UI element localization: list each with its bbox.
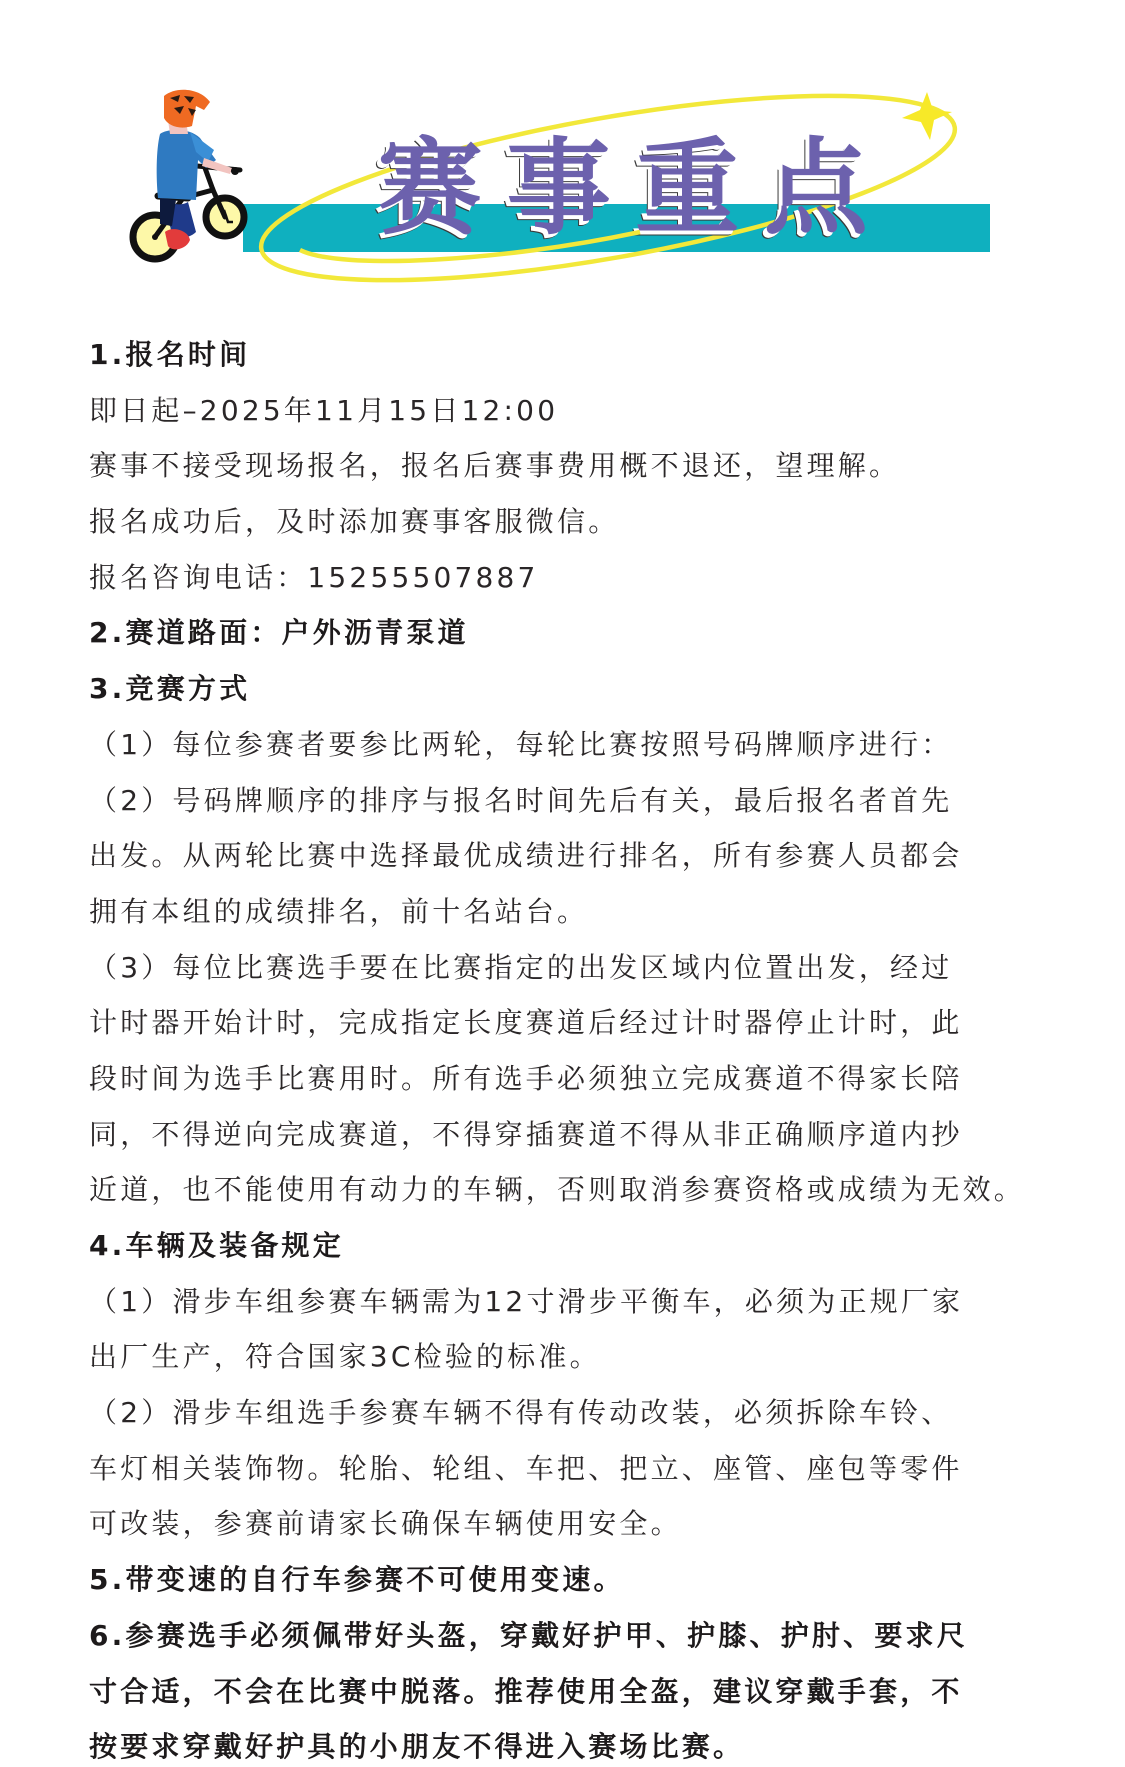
rule-line: 车灯相关装饰物。轮胎、轮组、车把、把立、座管、座包等零件: [89, 1441, 1089, 1497]
rule-line: （1）每位参赛者要参比两轮，每轮比赛按照号码牌顺序进行：: [89, 717, 1089, 773]
rule-line: （1）滑步车组参赛车辆需为12寸滑步平衡车，必须为正规厂家: [89, 1274, 1089, 1330]
rule-line: 出厂生产，符合国家3C检验的标准。: [89, 1329, 1089, 1385]
section-heading-protective-gear: 6.参赛选手必须佩带好头盔，穿戴好护甲、护膝、护肘、要求尺: [89, 1608, 1089, 1664]
rule-line: （2）滑步车组选手参赛车辆不得有传动改装，必须拆除车铃、: [89, 1385, 1089, 1441]
rule-line: 可改装，参赛前请家长确保车辆使用安全。: [89, 1496, 1089, 1552]
rule-line: （3）每位比赛选手要在比赛指定的出发区域内位置出发，经过: [89, 940, 1089, 996]
rule-line: 出发。从两轮比赛中选择最优成绩进行排名，所有参赛人员都会: [89, 828, 1089, 884]
rule-line: 按要求穿戴好护具的小朋友不得进入赛场比赛。: [89, 1719, 1089, 1767]
rule-line: （2）号码牌顺序的排序与报名时间先后有关，最后报名者首先: [89, 773, 1089, 829]
rule-line: 段时间为选手比赛用时。所有选手必须独立完成赛道不得家长陪: [89, 1051, 1089, 1107]
registration-note: 赛事不接受现场报名，报名后赛事费用概不退还，望理解。: [89, 438, 1089, 494]
rule-line: 计时器开始计时，完成指定长度赛道后经过计时器停止计时，此: [89, 995, 1089, 1051]
section-heading-track-surface: 2.赛道路面：户外沥青泵道: [89, 605, 1089, 661]
registration-phone: 报名咨询电话：15255507887: [89, 550, 1089, 606]
rule-line: 寸合适，不会在比赛中脱落。推荐使用全盔，建议穿戴手套，不: [89, 1664, 1089, 1720]
section-heading-vehicle-equipment: 4.车辆及装备规定: [89, 1218, 1089, 1274]
registration-note: 报名成功后，及时添加赛事客服微信。: [89, 494, 1089, 550]
rule-line: 近道，也不能使用有动力的车辆，否则取消参赛资格或成绩为无效。: [89, 1162, 1089, 1218]
header-banner: 赛 事 重 点: [0, 0, 1125, 300]
section-heading-gears: 5.带变速的自行车参赛不可使用变速。: [89, 1552, 1089, 1608]
section-heading-competition-format: 3.竞赛方式: [89, 661, 1089, 717]
rules-content: 1.报名时间 即日起–2025年11月15日12:00 赛事不接受现场报名，报名…: [89, 327, 1089, 1767]
orbit-front: [0, 0, 1125, 300]
registration-deadline: 即日起–2025年11月15日12:00: [89, 383, 1089, 439]
rule-line: 同，不得逆向完成赛道，不得穿插赛道不得从非正确顺序道内抄: [89, 1107, 1089, 1163]
rule-line: 拥有本组的成绩排名，前十名站台。: [89, 884, 1089, 940]
section-heading-registration-time: 1.报名时间: [89, 327, 1089, 383]
